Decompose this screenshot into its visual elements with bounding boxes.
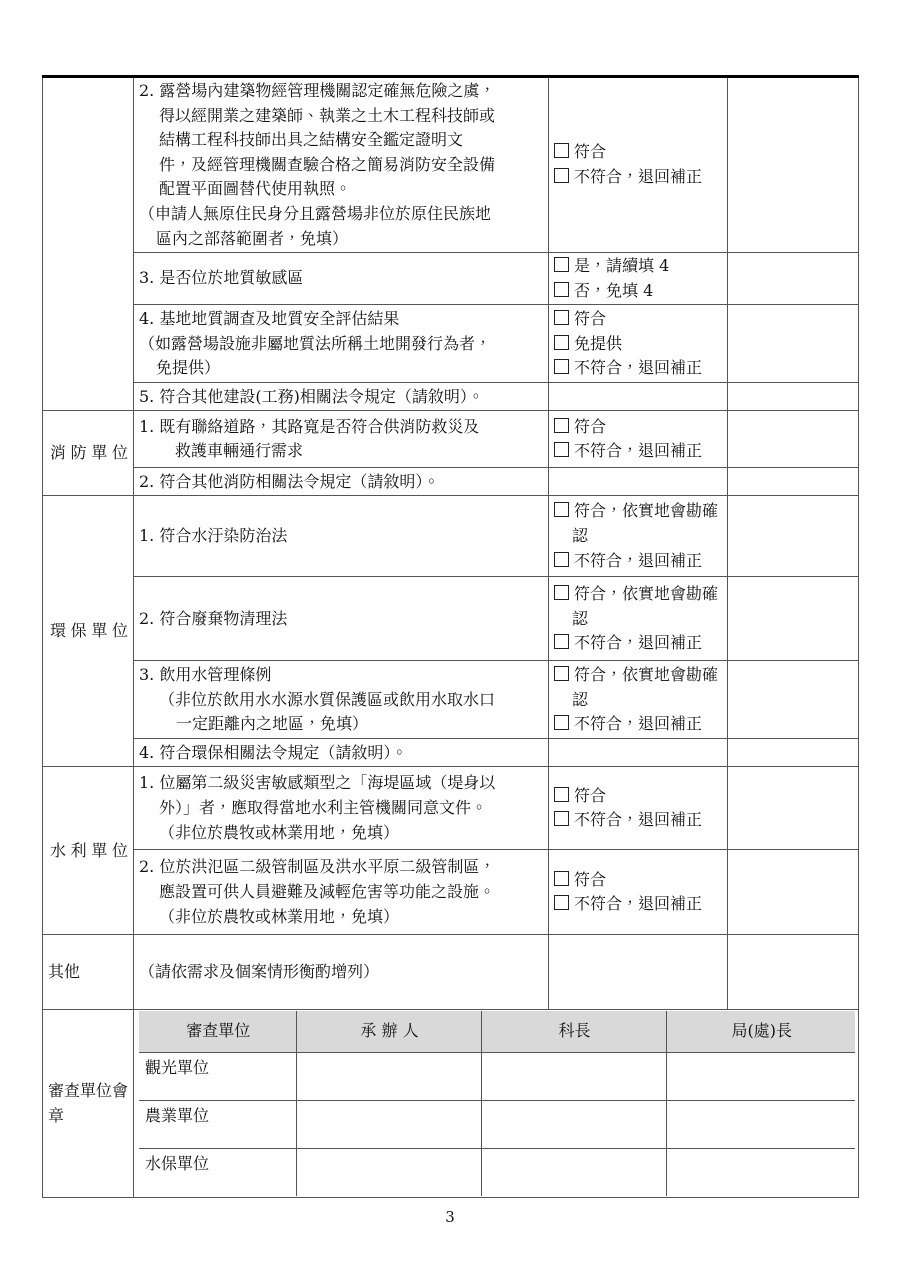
item-cell: 3. 是否位於地質敏感區 <box>134 253 549 305</box>
item-cell: 5. 符合其他建設(工務)相關法令規定（請敘明）。 <box>134 383 549 411</box>
item-text: 2. 符合廢棄物清理法 <box>139 607 545 632</box>
options-cell: 符合 不符合，退回補正 <box>549 77 728 253</box>
unit-label: 其他 <box>48 960 130 985</box>
signature-cell <box>296 1148 481 1196</box>
checkbox-option: 不符合，退回補正 <box>554 892 724 917</box>
checkbox-icon <box>554 715 569 730</box>
row-label-agriculture-unit: 農業單位 <box>139 1100 296 1148</box>
table-row: 3. 飲用水管理條例 （非位於飲用水水源水質保護區或飲用水取水口 一定距離內之地… <box>43 661 859 739</box>
signature-cell <box>296 1100 481 1148</box>
unit-cell-review-seal: 審查單位會 章 <box>43 1010 134 1198</box>
options-cell <box>549 383 728 411</box>
header-bureau-director: 局(處)長 <box>666 1011 855 1052</box>
options-cell <box>549 468 728 496</box>
result-cell <box>728 935 859 1010</box>
item-text: （請依需求及個案情形衡酌增列） <box>139 960 545 985</box>
signature-cell <box>481 1100 666 1148</box>
result-cell <box>728 305 859 383</box>
table-row: 2. 符合其他消防相關法令規定（請敘明）。 <box>43 468 859 496</box>
item-note: （申請人無原住民身分且露營場非位於原住民族地 區內之部落範圍者，免填） <box>139 202 545 251</box>
checkbox-option: 符合 <box>554 140 724 165</box>
item-text: 1. 位屬第二級災害敏感類型之「海堤區域（堤身以 外）」者，應取得當地水利主管機… <box>139 771 545 820</box>
unit-label: 消防單位 <box>48 441 130 466</box>
item-text: 2. 位於洪氾區二級管制區及洪水平原二級管制區， 應設置可供人員避難及減輕危害等… <box>139 855 545 904</box>
table-row: 環保單位 1. 符合水汙染防治法 符合，依實地會勘確 認 不符合，退回補正 <box>43 496 859 577</box>
table-row: 4. 基地地質調查及地質安全評估結果 （如露營場設施非屬地質法所稱土地開發行為者… <box>43 305 859 383</box>
item-cell: 1. 符合水汙染防治法 <box>134 496 549 577</box>
signature-cell <box>481 1052 666 1100</box>
result-cell <box>728 577 859 661</box>
checkbox-label: 不符合，退回補正 <box>574 633 702 652</box>
checkbox-option: 不符合，退回補正 <box>554 712 724 737</box>
checkbox-icon <box>554 811 569 826</box>
options-cell: 符合，依實地會勘確 認 不符合，退回補正 <box>549 496 728 577</box>
table-row: 4. 符合環保相關法令規定（請敘明）。 <box>43 739 859 767</box>
checkbox-option: 不符合，退回補正 <box>554 165 724 190</box>
checkbox-label: 符合，依實地會勘確 認 <box>572 584 718 628</box>
unit-cell-water: 水利單位 <box>43 767 134 935</box>
checkbox-icon <box>554 168 569 183</box>
checkbox-icon <box>554 634 569 649</box>
item-text: 3. 飲用水管理條例 <box>139 663 545 688</box>
table-row: 2. 露營場內建築物經管理機關認定確無危險之虞， 得以經開業之建築師、執業之土木… <box>43 77 859 253</box>
item-cell: 4. 基地地質調查及地質安全評估結果 （如露營場設施非屬地質法所稱土地開發行為者… <box>134 305 549 383</box>
checkbox-label: 符合 <box>574 417 606 436</box>
item-note: （如露營場設施非屬地質法所稱土地開發行為者， 免提供） <box>139 332 545 381</box>
item-note: （非位於農牧或林業用地，免填） <box>159 905 545 930</box>
table-row: 其他 （請依需求及個案情形衡酌增列） <box>43 935 859 1010</box>
checkbox-option: 符合 <box>554 415 724 440</box>
options-cell <box>549 935 728 1010</box>
checkbox-icon <box>554 871 569 886</box>
checkbox-icon <box>554 282 569 297</box>
checkbox-option: 不符合，退回補正 <box>554 356 724 381</box>
options-cell: 符合，依實地會勘確 認 不符合，退回補正 <box>549 661 728 739</box>
checkbox-label: 符合 <box>574 142 606 161</box>
header-section-chief: 科長 <box>481 1011 666 1052</box>
checkbox-option: 不符合，退回補正 <box>554 549 724 574</box>
checkbox-label: 是，請續填 4 <box>574 256 669 275</box>
checkbox-icon <box>554 666 569 681</box>
result-cell <box>728 661 859 739</box>
document-page: 2. 露營場內建築物經管理機關認定確無危險之虞， 得以經開業之建築師、執業之土木… <box>0 0 900 1273</box>
checkbox-icon <box>554 310 569 325</box>
unit-cell-construction <box>43 77 134 411</box>
checkbox-icon <box>554 335 569 350</box>
result-cell <box>728 850 859 935</box>
item-text: 1. 符合水汙染防治法 <box>139 524 545 549</box>
checkbox-icon <box>554 552 569 567</box>
table-row: 農業單位 <box>139 1100 855 1148</box>
signature-table-cell: 審查單位 承 辦 人 科長 局(處)長 觀光單位 農業單位 <box>134 1010 859 1198</box>
unit-label: 水利單位 <box>48 839 130 864</box>
item-note: （非位於飲用水水源水質保護區或飲用水取水口 一定距離內之地區，免填） <box>159 688 545 737</box>
result-cell <box>728 383 859 411</box>
table-row: 5. 符合其他建設(工務)相關法令規定（請敘明）。 <box>43 383 859 411</box>
item-cell: （請依需求及個案情形衡酌增列） <box>134 935 549 1010</box>
signature-cell <box>666 1052 855 1100</box>
table-row: 2. 符合廢棄物清理法 符合，依實地會勘確 認 不符合，退回補正 <box>43 577 859 661</box>
checkbox-label: 不符合，退回補正 <box>574 894 702 913</box>
header-case-officer: 承 辦 人 <box>296 1011 481 1052</box>
options-cell: 符合 不符合，退回補正 <box>549 850 728 935</box>
checkbox-label: 不符合，退回補正 <box>574 714 702 733</box>
table-row: 觀光單位 <box>139 1052 855 1100</box>
checkbox-option: 不符合，退回補正 <box>554 631 724 656</box>
checkbox-icon <box>554 895 569 910</box>
table-row: 水保單位 <box>139 1148 855 1196</box>
item-cell: 2. 符合廢棄物清理法 <box>134 577 549 661</box>
header-review-unit: 審查單位 <box>139 1011 296 1052</box>
checkbox-option: 符合 <box>554 307 724 332</box>
item-text: 4. 符合環保相關法令規定（請敘明）。 <box>139 741 545 766</box>
result-cell <box>728 253 859 305</box>
result-cell <box>728 767 859 850</box>
table-row: 2. 位於洪氾區二級管制區及洪水平原二級管制區， 應設置可供人員避難及減輕危害等… <box>43 850 859 935</box>
unit-label: 環保單位 <box>48 619 130 644</box>
item-cell: 1. 位屬第二級災害敏感類型之「海堤區域（堤身以 外）」者，應取得當地水利主管機… <box>134 767 549 850</box>
checkbox-icon <box>554 442 569 457</box>
result-cell <box>728 77 859 253</box>
checkbox-option: 符合 <box>554 784 724 809</box>
signature-cell <box>296 1052 481 1100</box>
options-cell: 符合，依實地會勘確 認 不符合，退回補正 <box>549 577 728 661</box>
checkbox-icon <box>554 418 569 433</box>
row-label-tourism-unit: 觀光單位 <box>139 1052 296 1100</box>
result-cell <box>728 468 859 496</box>
checkbox-option: 不符合，退回補正 <box>554 439 724 464</box>
table-header-row: 審查單位 承 辦 人 科長 局(處)長 <box>139 1011 855 1052</box>
checkbox-icon <box>554 359 569 374</box>
options-cell: 符合 免提供 不符合，退回補正 <box>549 305 728 383</box>
checkbox-label: 不符合，退回補正 <box>574 810 702 829</box>
item-text: 1. 既有聯絡道路，其路寬是否符合供消防救災及 救護車輛通行需求 <box>139 415 545 464</box>
item-text: 2. 露營場內建築物經管理機關認定確無危險之虞， 得以經開業之建築師、執業之土木… <box>139 79 545 202</box>
options-cell: 是，請續填 4 否，免填 4 <box>549 253 728 305</box>
row-label-soil-water-unit: 水保單位 <box>139 1148 296 1196</box>
result-cell <box>728 496 859 577</box>
checkbox-icon <box>554 257 569 272</box>
checkbox-icon <box>554 585 569 600</box>
item-text: 5. 符合其他建設(工務)相關法令規定（請敘明）。 <box>139 385 545 410</box>
checkbox-option: 符合，依實地會勘確 認 <box>554 499 724 548</box>
checkbox-label: 符合 <box>574 309 606 328</box>
table-row: 消防單位 1. 既有聯絡道路，其路寬是否符合供消防救災及 救護車輛通行需求 符合… <box>43 411 859 468</box>
checkbox-option: 是，請續填 4 <box>554 254 724 279</box>
result-cell <box>728 739 859 767</box>
checkbox-option: 符合，依實地會勘確 認 <box>554 663 724 712</box>
page-number: 3 <box>0 1205 900 1230</box>
options-cell: 符合 不符合，退回補正 <box>549 411 728 468</box>
item-cell: 2. 符合其他消防相關法令規定（請敘明）。 <box>134 468 549 496</box>
checkbox-label: 免提供 <box>574 334 622 353</box>
unit-cell-environment: 環保單位 <box>43 496 134 767</box>
checkbox-option: 否，免填 4 <box>554 279 724 304</box>
item-note: （非位於農牧或林業用地，免填） <box>159 821 545 846</box>
checkbox-icon <box>554 787 569 802</box>
checkbox-label: 不符合，退回補正 <box>574 358 702 377</box>
table-row: 3. 是否位於地質敏感區 是，請續填 4 否，免填 4 <box>43 253 859 305</box>
checkbox-label: 符合，依實地會勘確 認 <box>572 501 718 545</box>
checkbox-option: 不符合，退回補正 <box>554 808 724 833</box>
checkbox-label: 不符合，退回補正 <box>574 167 702 186</box>
checkbox-option: 符合，依實地會勘確 認 <box>554 582 724 631</box>
approval-signature-table: 審查單位 承 辦 人 科長 局(處)長 觀光單位 農業單位 <box>139 1011 855 1196</box>
options-cell <box>549 739 728 767</box>
checkbox-label: 符合 <box>574 786 606 805</box>
item-text: 3. 是否位於地質敏感區 <box>139 266 545 291</box>
checkbox-label: 符合 <box>574 870 606 889</box>
item-cell: 1. 既有聯絡道路，其路寬是否符合供消防救災及 救護車輛通行需求 <box>134 411 549 468</box>
item-text: 2. 符合其他消防相關法令規定（請敘明）。 <box>139 470 545 495</box>
review-checklist-table: 2. 露營場內建築物經管理機關認定確無危險之虞， 得以經開業之建築師、執業之土木… <box>42 75 859 1198</box>
checkbox-label: 否，免填 4 <box>574 281 653 300</box>
signature-cell <box>666 1100 855 1148</box>
item-cell: 3. 飲用水管理條例 （非位於飲用水水源水質保護區或飲用水取水口 一定距離內之地… <box>134 661 549 739</box>
checkbox-option: 符合 <box>554 868 724 893</box>
checkbox-label: 符合，依實地會勘確 認 <box>572 665 718 709</box>
table-row: 審查單位會 章 審查單位 承 辦 人 科長 局(處)長 觀光單位 <box>43 1010 859 1198</box>
item-cell: 4. 符合環保相關法令規定（請敘明）。 <box>134 739 549 767</box>
item-cell: 2. 位於洪氾區二級管制區及洪水平原二級管制區， 應設置可供人員避難及減輕危害等… <box>134 850 549 935</box>
signature-cell <box>666 1148 855 1196</box>
signature-cell <box>481 1148 666 1196</box>
checkbox-icon <box>554 502 569 517</box>
item-cell: 2. 露營場內建築物經管理機關認定確無危險之虞， 得以經開業之建築師、執業之土木… <box>134 77 549 253</box>
checkbox-label: 不符合，退回補正 <box>574 551 702 570</box>
checkbox-label: 不符合，退回補正 <box>574 441 702 460</box>
checkbox-icon <box>554 143 569 158</box>
unit-cell-fire: 消防單位 <box>43 411 134 496</box>
item-text: 4. 基地地質調查及地質安全評估結果 <box>139 307 545 332</box>
result-cell <box>728 411 859 468</box>
unit-cell-other: 其他 <box>43 935 134 1010</box>
options-cell: 符合 不符合，退回補正 <box>549 767 728 850</box>
checkbox-option: 免提供 <box>554 332 724 357</box>
table-row: 水利單位 1. 位屬第二級災害敏感類型之「海堤區域（堤身以 外）」者，應取得當地… <box>43 767 859 850</box>
